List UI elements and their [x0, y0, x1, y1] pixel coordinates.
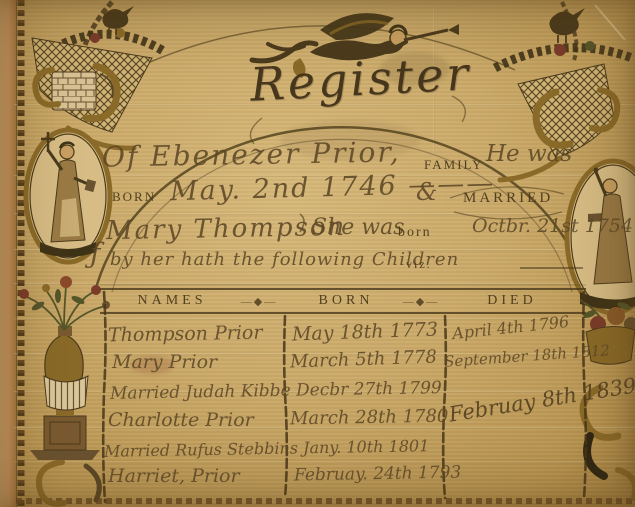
viz-label: viz. — [406, 258, 432, 270]
she-was-text: She was — [312, 217, 405, 239]
row-name: Thompson Prior — [108, 324, 263, 346]
row-born: March 28th 1780 — [290, 408, 449, 429]
row-marriage-note: Married Rufus Stebbins Jany. 10th 1801 — [104, 438, 430, 460]
header-ornament: —◆— — [230, 297, 288, 308]
row-born: May 18th 1773 — [292, 320, 439, 344]
row-name: Harriet, Prior — [108, 467, 240, 486]
ampersand-flourish: & — [416, 180, 437, 204]
family-register-document: Register Of Ebenezer Prior, FAMILY He wa… — [0, 0, 635, 507]
header-ornament: —◆— — [394, 297, 448, 308]
column-header-died: DIED — [460, 294, 564, 308]
mother-name: Mary Thompson — [106, 214, 347, 244]
row-born: Februay. 24th 1793 — [294, 465, 462, 485]
father-birth-date: May. 2nd 1746 ——— — [170, 170, 496, 206]
died-date-note: Februay 8th 1839 — [448, 375, 635, 425]
row-died: April 4th 1796 — [451, 314, 570, 342]
mother-birth-date: Octbr. 21st 1754 — [472, 217, 633, 236]
column-header-names: NAMES — [116, 294, 228, 308]
column-header-born: BORN — [298, 294, 394, 308]
father-name-line: Of Ebenezer Prior, — [102, 138, 401, 171]
row-name: Charlotte Prior — [108, 411, 254, 430]
register-content: Register Of Ebenezer Prior, FAMILY He wa… — [0, 0, 635, 507]
married-label: MARRIED — [463, 191, 553, 206]
page-title: Register — [249, 50, 471, 107]
born-word: born — [398, 226, 432, 240]
pen-flourish: ƒ — [90, 240, 100, 268]
row-name: Mary Prior — [112, 353, 217, 372]
row-marriage-note: Married Judah Kibbe Decbr 27th 1799 — [110, 380, 442, 403]
born-label: BORN — [112, 190, 156, 203]
he-was-text: He was — [486, 143, 572, 166]
row-died: September 18th 1812 — [444, 343, 611, 370]
row-born: March 5th 1778 — [290, 348, 438, 371]
